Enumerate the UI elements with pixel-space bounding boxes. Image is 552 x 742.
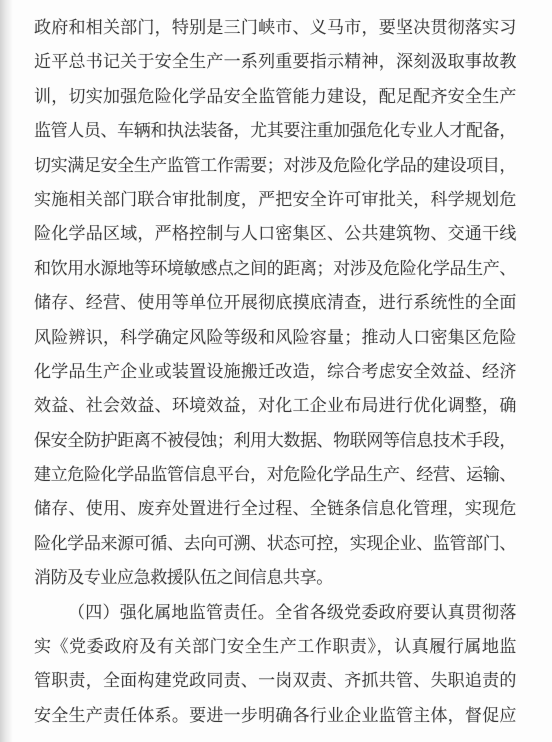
text-line: 风险辨识，科学确定风险等级和风险容量；推动人口密集区危险 bbox=[34, 321, 516, 355]
text-line: 政府和相关部门，特别是三门峡市、义马市，要坚决贯彻落实习 bbox=[34, 11, 516, 45]
text-line: 险化学品来源可循、去向可溯、状态可控，实现企业、监管部门、 bbox=[34, 527, 516, 561]
text-line: 储存、经营、使用等单位开展彻底摸底清查，进行系统性的全面 bbox=[34, 286, 516, 320]
text-line: 实施相关部门联合审批制度，严把安全许可审批关，科学规划危 bbox=[34, 183, 516, 217]
text-line: 监管人员、车辆和执法装备，尤其要注重加强危化专业人才配备， bbox=[34, 114, 516, 148]
text-line: 效益、社会效益、环境效益，对化工企业布局进行优化调整，确 bbox=[34, 389, 516, 423]
paragraph-hazardous-chemicals-supervision: 政府和相关部门，特别是三门峡市、义马市，要坚决贯彻落实习近平总书记关于安全生产一… bbox=[34, 11, 516, 596]
paragraph-section-4-territorial-supervision: （四）强化属地监管责任。全省各级党委政府要认真贯彻落实《党委政府及有关部门安全生… bbox=[34, 596, 516, 734]
text-line: 化学品生产企业或装置设施搬迁改造，综合考虑安全效益、经济 bbox=[34, 355, 516, 389]
text-line: 近平总书记关于安全生产一系列重要指示精神，深刻汲取事故教 bbox=[34, 45, 516, 79]
text-line: （四）强化属地监管责任。全省各级党委政府要认真贯彻落 bbox=[34, 596, 516, 630]
text-line: 建立危险化学品监管信息平台，对危险化学品生产、经营、运输、 bbox=[34, 458, 516, 492]
text-line: 险化学品区域，严格控制与人口密集区、公共建筑物、交通干线 bbox=[34, 217, 516, 251]
scan-edge-shadow bbox=[0, 0, 13, 742]
text-line: 管职责，全面构建党政同责、一岗双责、齐抓共管、失职追责的 bbox=[34, 664, 516, 698]
document-text: 政府和相关部门，特别是三门峡市、义马市，要坚决贯彻落实习近平总书记关于安全生产一… bbox=[34, 11, 516, 733]
text-line: 储存、使用、废弃处置进行全过程、全链条信息化管理，实现危 bbox=[34, 492, 516, 526]
text-line: 保安全防护距离不被侵蚀；利用大数据、物联网等信息技术手段， bbox=[34, 424, 516, 458]
document-page: 政府和相关部门，特别是三门峡市、义马市，要坚决贯彻落实习近平总书记关于安全生产一… bbox=[0, 0, 552, 742]
text-line: 和饮用水源地等环境敏感点之间的距离；对涉及危险化学品生产、 bbox=[34, 252, 516, 286]
text-line: 实《党委政府及有关部门安全生产工作职责》，认真履行属地监 bbox=[34, 630, 516, 664]
text-line: 训，切实加强危险化学品安全监管能力建设，配足配齐安全生产 bbox=[34, 80, 516, 114]
text-line: 消防及专业应急救援队伍之间信息共享。 bbox=[34, 561, 516, 595]
text-line: 安全生产责任体系。要进一步明确各行业企业监管主体，督促应 bbox=[34, 699, 516, 733]
text-line: 切实满足安全生产监管工作需要；对涉及危险化学品的建设项目， bbox=[34, 149, 516, 183]
